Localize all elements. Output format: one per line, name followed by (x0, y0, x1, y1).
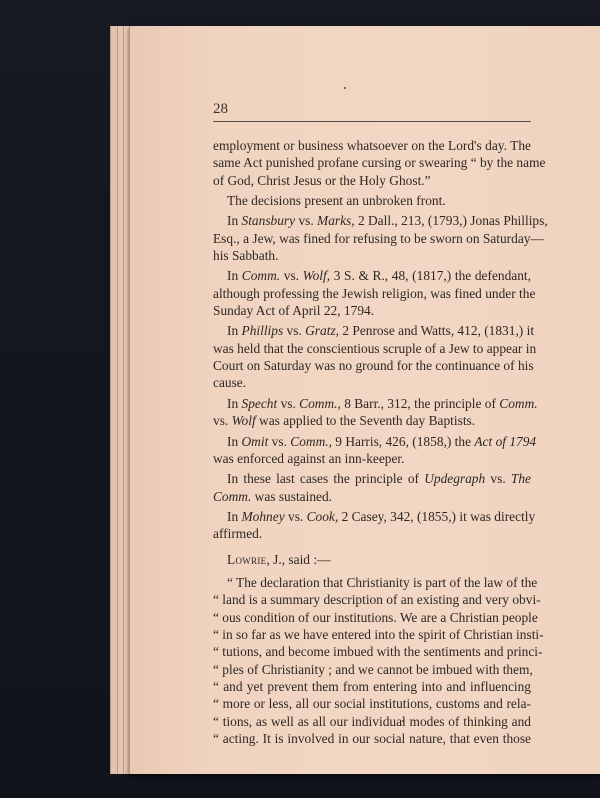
case-party: Comm. (213, 489, 251, 504)
case-party: Omit (242, 434, 269, 449)
case-citation-line: In these last cases the principle of Upd… (213, 470, 531, 487)
text-line: affirmed. (213, 525, 531, 542)
case-party: Comm. (499, 396, 537, 411)
case-party: Specht (242, 396, 278, 411)
case-party: Mohney (242, 509, 285, 524)
case-citation-line: In Mohney vs. Cook, 2 Casey, 342, (1855,… (213, 508, 531, 525)
case-party: The (511, 471, 531, 486)
case-party: Wolf (232, 413, 256, 428)
case-party: Cook, (307, 509, 339, 524)
text-line: Esq., a Jew, was fined for refusing to b… (213, 230, 531, 247)
text-line: vs. Wolf was applied to the Seventh day … (213, 412, 531, 429)
text-line: was enforced against an inn-keeper. (213, 450, 531, 467)
judge-name: Lowrie (227, 552, 266, 567)
text-line: his Sabbath. (213, 247, 531, 264)
case-party: Phillips (242, 323, 284, 338)
case-party: Comm., (299, 396, 341, 411)
case-party: Comm. (242, 268, 280, 283)
text-line: Sunday Act of April 22, 1794. (213, 302, 531, 319)
text-line: of God, Christ Jesus or the Holy Ghost.” (213, 172, 531, 189)
text-line: same Act punished profane cursing or swe… (213, 154, 531, 171)
quote-line: “ more or less, all our social instituti… (213, 695, 531, 712)
quote-line: “ ous condition of our institutions. We … (213, 609, 531, 626)
header-rule (213, 121, 531, 122)
page-number: 28 (213, 100, 531, 118)
page-header: 28 (213, 100, 531, 122)
case-party: Gratz, (305, 323, 339, 338)
quote-line: “ acting. It is involved in our social n… (213, 730, 531, 747)
statute-reference: Act of 1794 (474, 434, 536, 449)
text-line: cause. (213, 374, 531, 391)
case-party: Wolf, (303, 268, 330, 283)
case-party: Updegraph (424, 471, 485, 486)
case-party: Marks, (317, 213, 355, 228)
quote-line: “ land is a summary description of an ex… (213, 591, 531, 608)
case-citation-line: In Phillips vs. Gratz, 2 Penrose and Wat… (213, 322, 531, 339)
quote-line: “ tions, as well as all our individual m… (213, 713, 531, 730)
case-party: Stansbury (242, 213, 296, 228)
case-party: Comm., (290, 434, 332, 449)
text-line: was held that the conscientious scruple … (213, 340, 531, 357)
case-citation-line: In Comm. vs. Wolf, 3 S. & R., 48, (1817,… (213, 267, 531, 284)
quote-line: “ in so far as we have entered into the … (213, 626, 531, 643)
text-line: employment or business whatsoever on the… (213, 137, 531, 154)
paper-speck (344, 87, 346, 89)
quote-line: “ The declaration that Christianity is p… (213, 574, 531, 591)
text-line: The decisions present an unbroken front. (213, 192, 531, 209)
speaker-line: Lowrie, J., said :— (213, 551, 531, 568)
page-body: employment or business whatsoever on the… (213, 137, 531, 747)
case-citation-line: In Stansbury vs. Marks, 2 Dall., 213, (1… (213, 212, 531, 229)
text-line: Comm. was sustained. (213, 488, 531, 505)
text-line: Court on Saturday was no ground for the … (213, 357, 531, 374)
case-citation-line: In Omit vs. Comm., 9 Harris, 426, (1858,… (213, 433, 531, 450)
text-line: although professing the Jewish religion,… (213, 285, 531, 302)
quote-line: “ and yet prevent them from entering int… (213, 678, 531, 695)
quote-line: “ tutions, and become imbued with the se… (213, 643, 531, 660)
case-citation-line: In Specht vs. Comm., 8 Barr., 312, the p… (213, 395, 531, 412)
quote-line: “ ples of Christianity ; and we cannot b… (213, 661, 531, 678)
